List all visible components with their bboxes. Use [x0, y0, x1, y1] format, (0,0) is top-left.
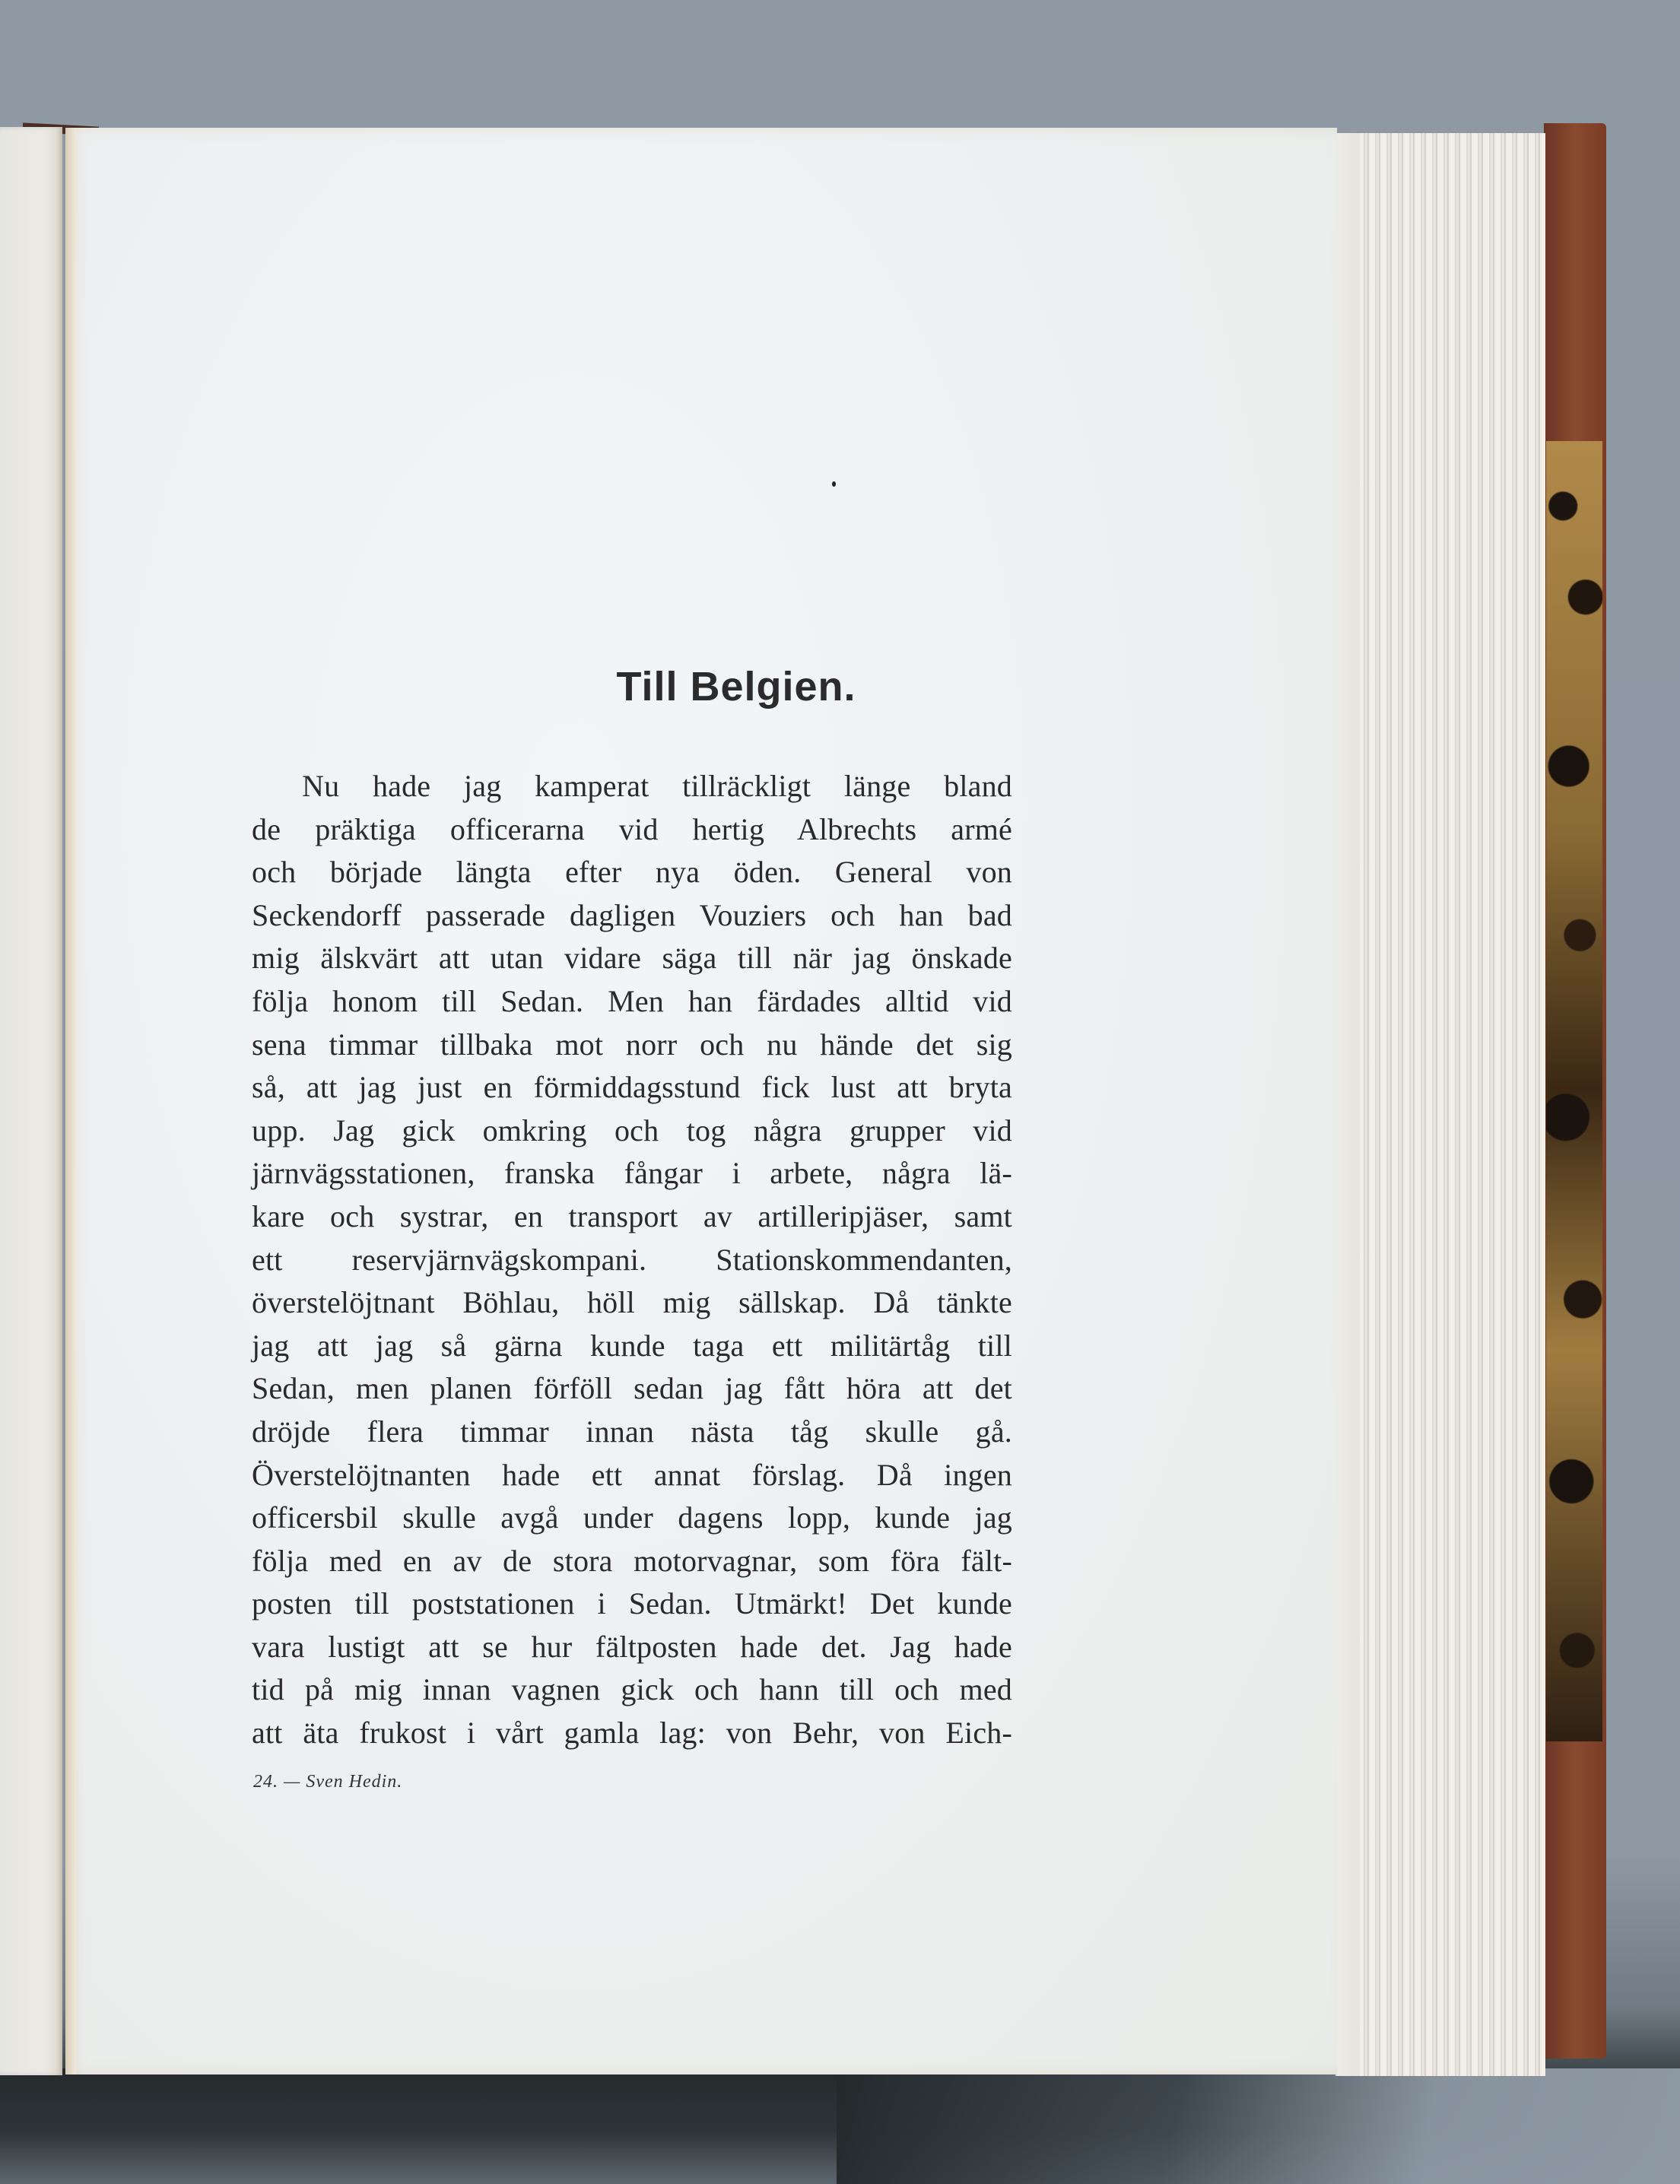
signature-line: 24. — Sven Hedin. [253, 1772, 402, 1792]
paper-speck [832, 481, 836, 487]
page-content: Till Belgien. Nu hade jag kamperat tillr… [0, 0, 1680, 2184]
text-line: Nu hade jag kamperat tillräckligt länge … [252, 765, 1012, 808]
text-line: de präktiga officerarna vid hertig Albre… [252, 808, 1012, 852]
text-line: att äta frukost i vårt gamla lag: von Be… [252, 1712, 1012, 1755]
text-line: överstelöjtnant Böhlau, höll mig sällska… [252, 1281, 1012, 1325]
text-line: jag att jag så gärna kunde taga ett mili… [252, 1325, 1012, 1368]
text-line: Seckendorff passerade dagligen Vouziers … [252, 894, 1012, 938]
text-line: sena timmar tillbaka mot norr och nu hän… [252, 1024, 1012, 1067]
text-line: Överstelöjtnanten hade ett annat förslag… [252, 1454, 1012, 1497]
text-line: vara lustigt att se hur fältposten hade … [252, 1626, 1012, 1669]
text-line: officersbil skulle avgå under dagens lop… [252, 1497, 1012, 1540]
text-line: upp. Jag gick omkring och tog några grup… [252, 1109, 1012, 1153]
text-line: följa honom till Sedan. Men han färdades… [252, 980, 1012, 1024]
text-line: Sedan, men planen förföll sedan jag fått… [252, 1367, 1012, 1411]
text-line: och började längta efter nya öden. Gener… [252, 851, 1012, 894]
text-line: kare och systrar, en transport av artill… [252, 1195, 1012, 1239]
text-line: så, att jag just en förmiddagsstund fick… [252, 1066, 1012, 1109]
chapter-title: Till Belgien. [65, 663, 1337, 710]
text-line: tid på mig innan vagnen gick och hann ti… [252, 1668, 1012, 1712]
body-paragraph: Nu hade jag kamperat tillräckligt länge … [252, 765, 1012, 1755]
text-line: mig älskvärt att utan vidare säga till n… [252, 937, 1012, 980]
text-line: järnvägsstationen, franska fångar i arbe… [252, 1152, 1012, 1195]
text-line: följa med en av de stora motorvagnar, so… [252, 1540, 1012, 1583]
text-line: ett reservjärnvägskompani. Stationskomme… [252, 1239, 1012, 1282]
text-line: dröjde flera timmar innan nästa tåg skul… [252, 1411, 1012, 1454]
text-line: posten till poststationen i Sedan. Utmär… [252, 1582, 1012, 1626]
